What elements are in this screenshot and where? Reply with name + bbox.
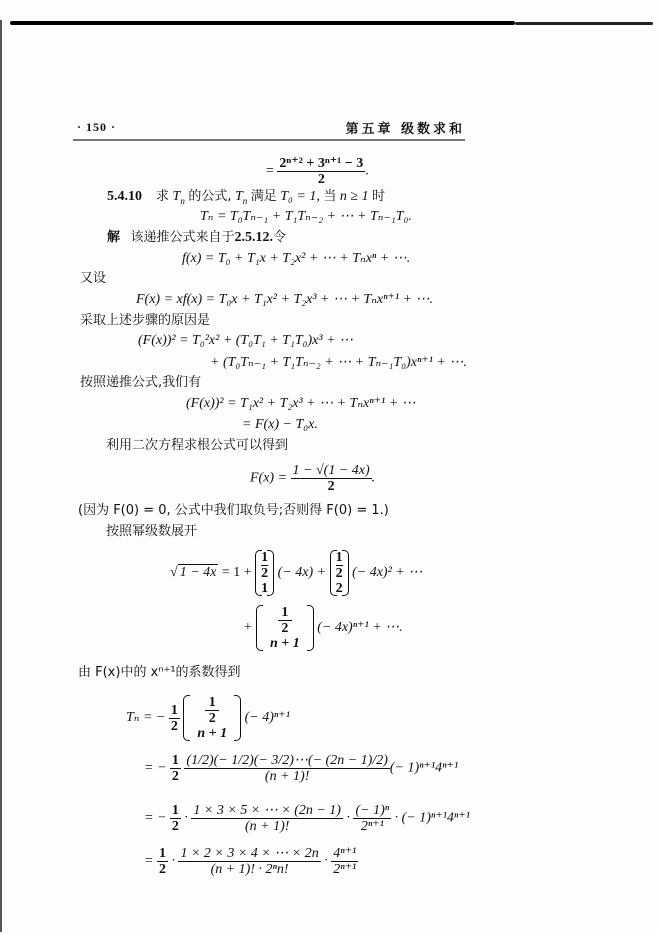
numerator: (− 1)ⁿ	[353, 803, 391, 819]
denominator: 2	[170, 769, 181, 784]
numerator: 1	[170, 803, 181, 819]
F-squared-line-1: (F(x))² = T₀²x² + (T₀T₁ + T₁T₀)x³ + ⋯	[138, 333, 353, 349]
solution-text: 该递推公式来自于	[131, 230, 235, 245]
equals-sign: =	[266, 164, 274, 179]
series-term: (− 4x) +	[278, 565, 326, 580]
problem-text: 的公式,	[188, 189, 231, 204]
header-rule	[73, 139, 465, 141]
F-lhs: F(x) =	[250, 471, 287, 486]
half-fraction: 12	[170, 803, 181, 834]
binom-num: 1	[261, 550, 268, 566]
half-fraction: 12	[170, 753, 181, 784]
Tn-line-4: = 12 · 1 × 2 × 3 × 4 × ⋯ × 2n (n + 1)! ·…	[144, 846, 358, 877]
coefficient-text: 由 F(x)中的 xⁿ⁺¹的系数得到	[78, 665, 241, 681]
reference: 2.5.12.	[235, 230, 274, 245]
F-squared-line-3: (F(x))² = T₁x² + T₂x³ + ⋯ + Tₙxⁿ⁺¹ + ⋯	[186, 396, 416, 412]
denominator: (n + 1)!	[184, 769, 389, 784]
numerator: 1 × 3 × 5 × ⋯ × (2n − 1)	[191, 803, 343, 819]
Tn-line-3: = − 12 · 1 × 3 × 5 × ⋯ × (2n − 1) (n + 1…	[144, 803, 470, 834]
binom-k: 2	[336, 581, 343, 596]
page-left-edge	[0, 20, 2, 932]
numerator: 4ⁿ⁺¹	[331, 846, 358, 862]
fraction: 1 − √(1 − 4x) 2	[291, 463, 372, 494]
binom-den: 2	[336, 566, 343, 581]
dot: ·	[171, 854, 175, 869]
initial-condition: T₀ = 1,	[280, 189, 320, 204]
denominator: 2ⁿ⁺¹	[353, 819, 391, 834]
equals-minus: = −	[144, 761, 166, 776]
factorial-fraction: 1 × 2 × 3 × 4 × ⋯ × 2n (n + 1)! · 2ⁿn!	[178, 846, 320, 877]
denominator: (n + 1)! · 2ⁿn!	[178, 862, 320, 877]
denominator: 2	[277, 172, 365, 187]
sqrt-series-line-1: √1 − 4x = 1 + 1 2 1 (− 4x) + 1 2 2 (− 4x…	[170, 550, 422, 596]
solution-text: 令	[273, 230, 286, 245]
binom-num: 1	[336, 550, 343, 566]
sign-fraction: (− 1)ⁿ 2ⁿ⁺¹	[353, 803, 391, 834]
f-definition: f(x) = T₀ + T₁x + T₂x² + ⋯ + Tₙxⁿ + ⋯.	[182, 251, 410, 267]
denominator: 2	[157, 862, 168, 877]
binom-k: n + 1	[197, 726, 227, 741]
dot: ·	[184, 811, 188, 826]
Tn-line-2: = − 12 (1/2)(− 1/2)(− 3/2)⋯(− (2n − 1)/2…	[144, 753, 458, 784]
Tn-rhs: (− 4)ⁿ⁺¹	[245, 710, 290, 725]
series-start: = 1 +	[222, 565, 252, 580]
power-fraction: 4ⁿ⁺¹ 2ⁿ⁺¹	[331, 846, 358, 877]
Tn-lhs: Tₙ = −	[126, 710, 165, 725]
chapter-title: 第五章 级数求和	[345, 118, 465, 137]
problem-text: 时	[372, 189, 385, 204]
binom-num: 1	[278, 605, 292, 621]
half-fraction: 12	[157, 846, 168, 877]
numerator: 1	[169, 703, 180, 719]
F-solution: F(x) = 1 − √(1 − 4x) 2 .	[250, 463, 375, 494]
problem-statement: 5.4.10 求 Tn 的公式, Tn 满足 T₀ = 1, 当 n ≥ 1 时	[107, 189, 385, 205]
scan-top-border	[10, 21, 515, 25]
also-let-text: 又设	[80, 271, 106, 287]
range-condition: n ≥ 1	[340, 189, 369, 204]
numerator: (1/2)(− 1/2)(− 3/2)⋯(− (2n − 1)/2)	[184, 753, 389, 769]
sqrt-series-line-2: + 1 2 n + 1 (− 4x)ⁿ⁺¹ + ⋯.	[243, 605, 403, 651]
F-squared-line-4: = F(x) − T₀x.	[242, 417, 318, 433]
quadratic-text: 利用二次方程求根公式可以得到	[106, 438, 288, 454]
by-recurrence-text: 按照递推公式,我们有	[80, 375, 201, 391]
numerator: 1	[170, 753, 181, 769]
dot: ·	[324, 854, 328, 869]
sqrt-argument: 1 − 4x	[178, 564, 219, 581]
note-text: (因为 F(0) = 0, 公式中我们取负号;否则得 F(0) = 1.)	[78, 503, 389, 519]
numerator: 1 − √(1 − 4x)	[291, 463, 372, 479]
binomial-coefficient: 1 2 1	[255, 550, 274, 596]
F-squared-line-2: + (T₀Tₙ₋₁ + T₁Tₙ₋₂ + ⋯ + Tₙ₋₁T₀)xⁿ⁺¹ + ⋯…	[210, 355, 467, 371]
dot: ·	[346, 811, 350, 826]
series-term: (− 4x)ⁿ⁺¹ + ⋯.	[317, 620, 402, 635]
denominator: 2ⁿ⁺¹	[331, 862, 358, 877]
recurrence-formula: Tₙ = T₀Tₙ₋₁ + T₁Tₙ₋₂ + ⋯ + Tₙ₋₁T₀.	[200, 209, 412, 225]
denominator: (n + 1)!	[191, 819, 343, 834]
equals-minus: = −	[144, 811, 166, 826]
binom-num: 1	[205, 695, 219, 711]
denominator: 2	[170, 819, 181, 834]
binomial-coefficient: 1 2 n + 1	[256, 605, 314, 651]
problem-text: 满足	[251, 189, 277, 204]
scan-top-border-tail	[515, 22, 653, 25]
prev-result-formula: = 2ⁿ⁺² + 3ⁿ⁺¹ − 3 2 .	[266, 156, 369, 187]
problem-text: 当	[323, 189, 336, 204]
sign-power: (− 1)ⁿ⁺¹4ⁿ⁺¹	[390, 761, 458, 776]
half-fraction: 12	[169, 703, 180, 734]
numerator: 1 × 2 × 3 × 4 × ⋯ × 2n	[178, 846, 320, 862]
binomial-coefficient: 1 2 n + 1	[183, 695, 241, 741]
equals: =	[144, 854, 153, 869]
binom-k: 1	[261, 581, 268, 596]
odd-product-fraction: 1 × 3 × 5 × ⋯ × (2n − 1) (n + 1)!	[191, 803, 343, 834]
binom-den: 2	[197, 711, 227, 726]
binom-k: n + 1	[270, 636, 300, 651]
period: .	[365, 164, 369, 179]
expand-text: 按照幂级数展开	[106, 524, 197, 540]
Tn-line-1: Tₙ = − 12 1 2 n + 1 (− 4)ⁿ⁺¹	[126, 695, 290, 741]
page-header: · 150 · 第五章 级数求和	[73, 118, 465, 136]
product-fraction: (1/2)(− 1/2)(− 3/2)⋯(− (2n − 1)/2) (n + …	[184, 753, 389, 784]
binom-den: 2	[261, 566, 268, 581]
binomial-coefficient: 1 2 2	[330, 550, 349, 596]
solution-label: 解	[107, 230, 120, 245]
series-term: (− 4x)² + ⋯	[352, 565, 422, 580]
numerator: 1	[157, 846, 168, 862]
numerator: 2ⁿ⁺² + 3ⁿ⁺¹ − 3	[277, 156, 365, 172]
problem-number: 5.4.10	[107, 189, 142, 204]
fraction: 2ⁿ⁺² + 3ⁿ⁺¹ − 3 2	[277, 156, 365, 187]
sign-power: · (− 1)ⁿ⁺¹4ⁿ⁺¹	[395, 811, 470, 826]
problem-text: 求	[156, 189, 169, 204]
reason-text: 采取上述步骤的原因是	[80, 313, 210, 329]
solution-intro: 解 该递推公式来自于2.5.12.令	[107, 230, 286, 246]
denominator: 2	[291, 479, 372, 494]
denominator: 2	[169, 719, 180, 734]
F-definition: F(x) = xf(x) = T₀x + T₁x² + T₂x³ + ⋯ + T…	[136, 292, 433, 308]
plus-sign: +	[243, 620, 252, 635]
binom-den: 2	[270, 621, 300, 636]
page-number: · 150 ·	[77, 120, 116, 135]
